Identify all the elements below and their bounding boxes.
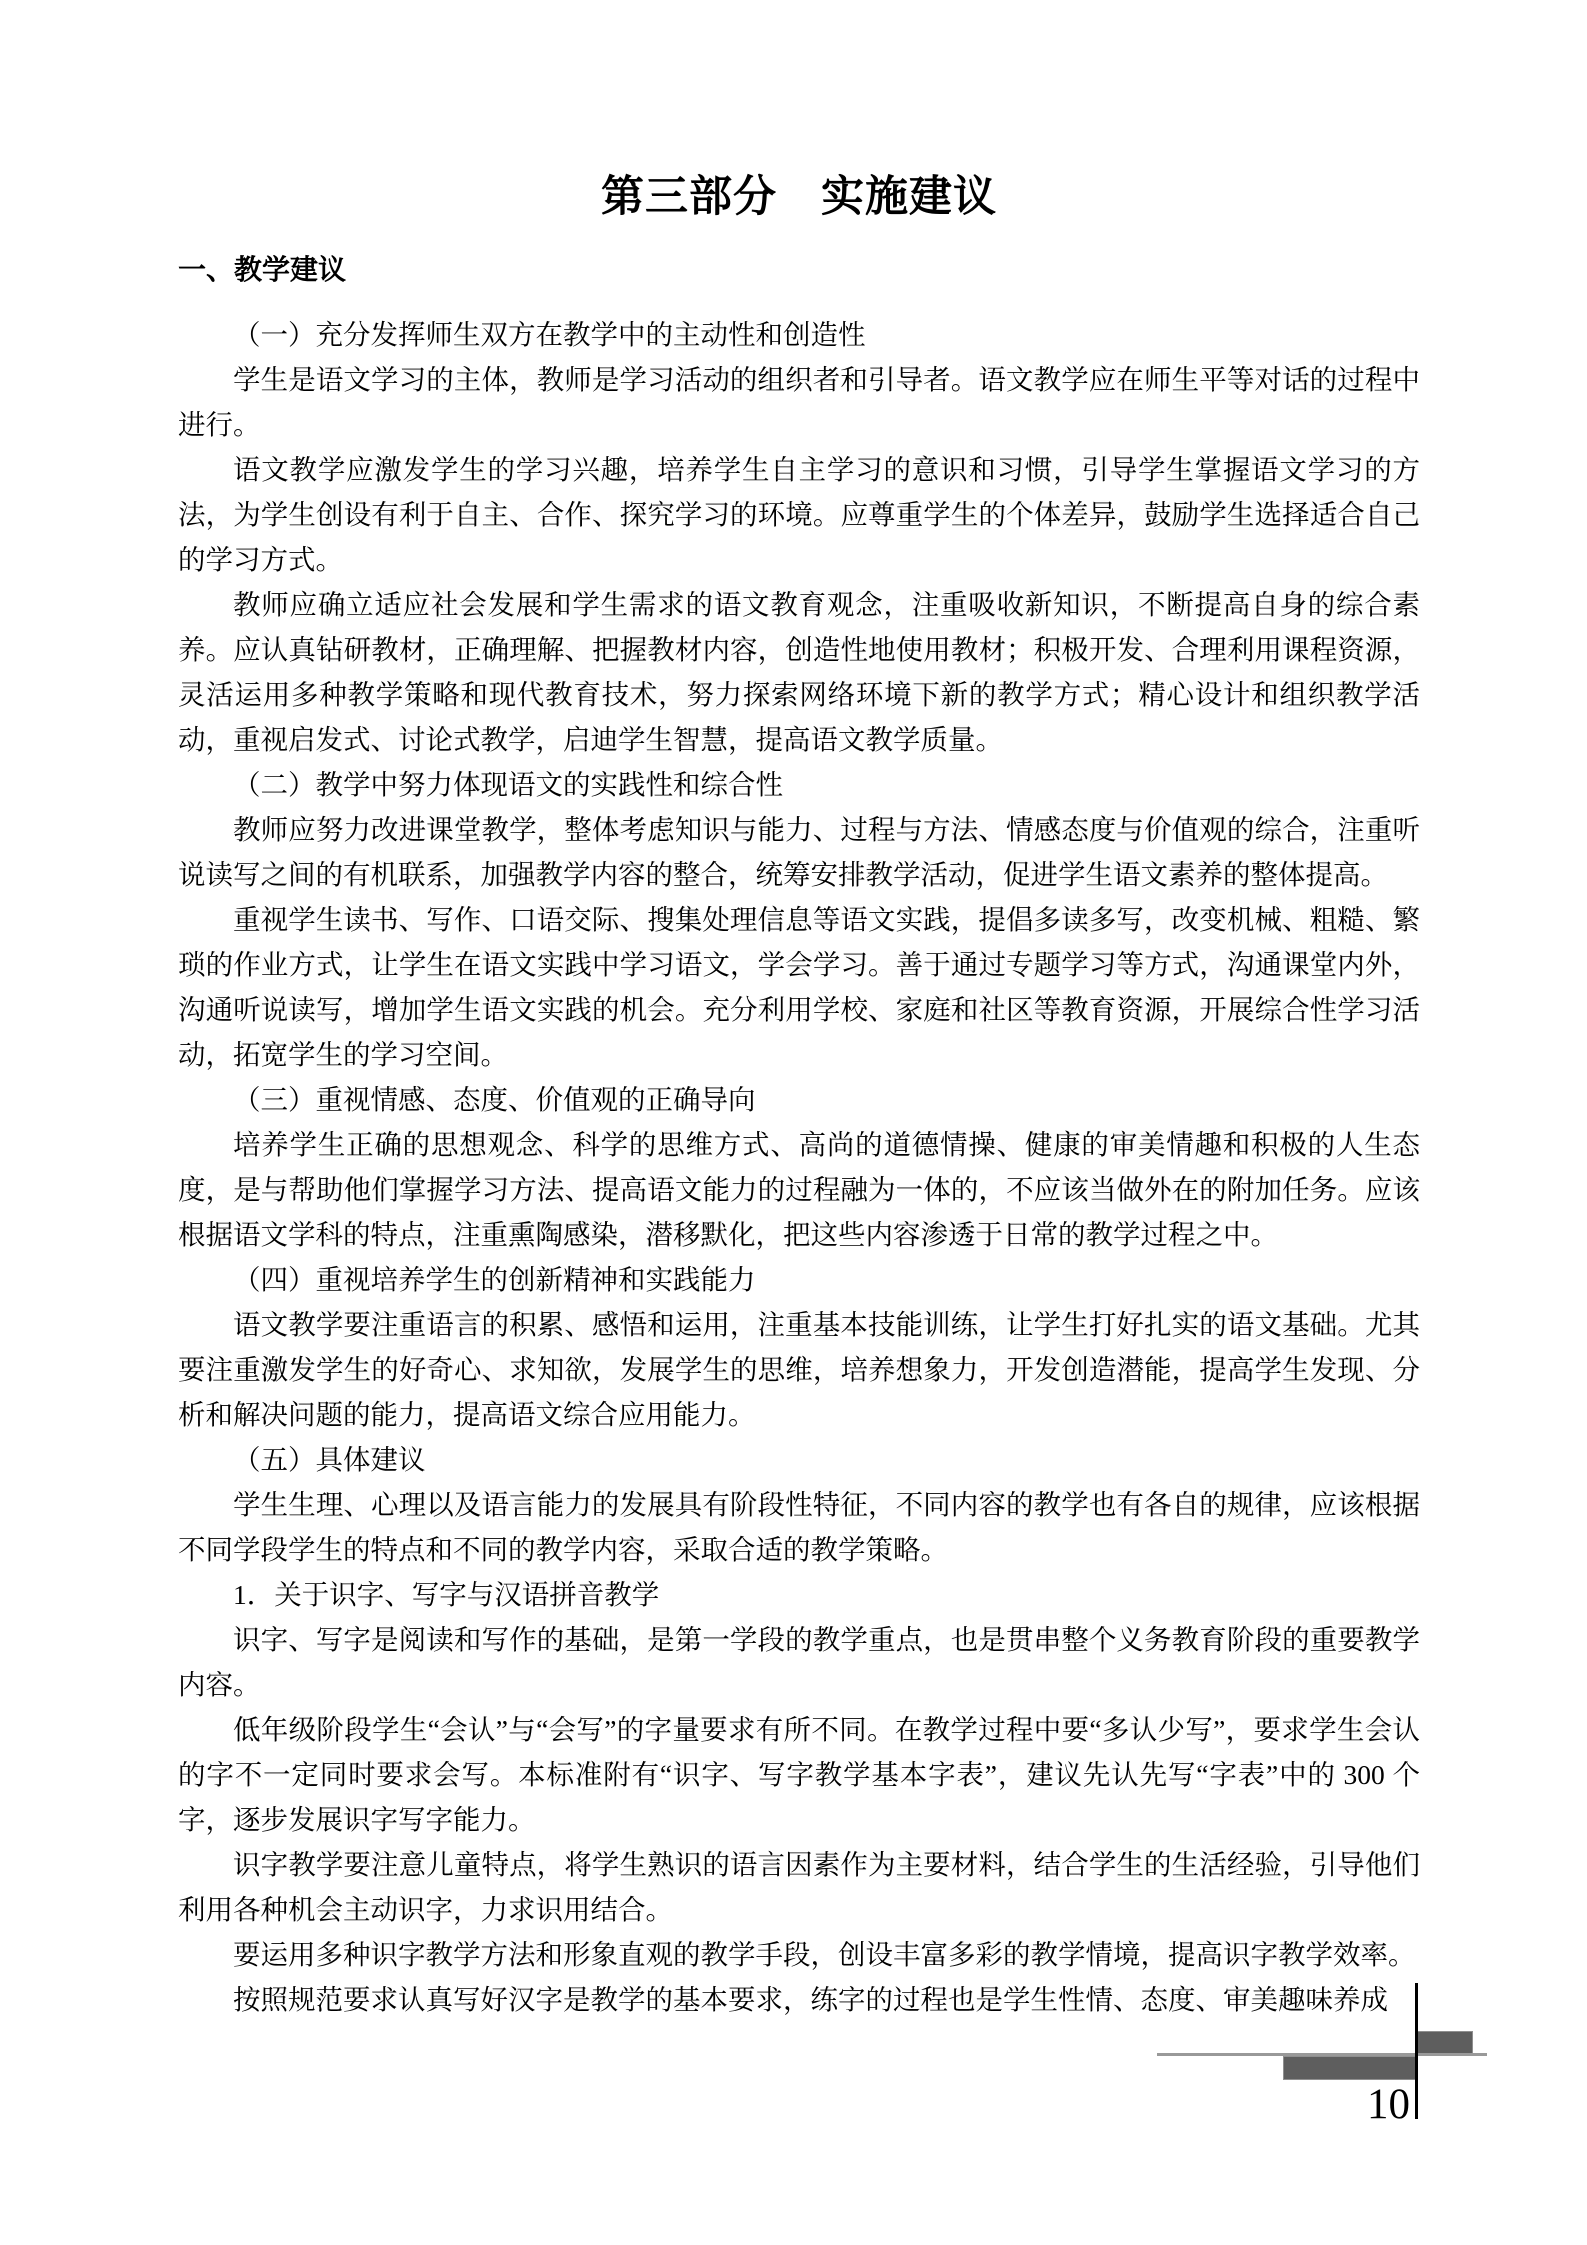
paragraph: 低年级阶段学生“会认”与“会写”的字量要求有所不同。在教学过程中要“多认少写”，…	[178, 1707, 1420, 1842]
paragraph: 学生是语文学习的主体，教师是学习活动的组织者和引导者。语文教学应在师生平等对话的…	[178, 357, 1420, 447]
subsection-heading: （二）教学中努力体现语文的实践性和综合性	[178, 762, 1420, 807]
document-page: 第三部分 实施建议 一、教学建议 （一）充分发挥师生双方在教学中的主动性和创造性…	[0, 0, 1587, 2245]
paragraph: 按照规范要求认真写好汉字是教学的基本要求，练字的过程也是学生性情、态度、审美趣味…	[178, 1977, 1420, 2022]
subsection-heading: （五）具体建议	[178, 1437, 1420, 1482]
paragraph: 教师应确立适应社会发展和学生需求的语文教育观念，注重吸收新知识，不断提高自身的综…	[178, 582, 1420, 762]
numbered-item-heading: 1．关于识字、写字与汉语拼音教学	[178, 1572, 1420, 1617]
paragraph: 学生生理、心理以及语言能力的发展具有阶段性特征，不同内容的教学也有各自的规律，应…	[178, 1482, 1420, 1572]
artifact-gray-box-right	[1417, 2031, 1473, 2054]
subsection-heading: （一）充分发挥师生双方在教学中的主动性和创造性	[178, 312, 1420, 357]
page-number: 10	[1330, 2083, 1410, 2126]
text-block: 第三部分 实施建议 一、教学建议 （一）充分发挥师生双方在教学中的主动性和创造性…	[178, 0, 1420, 2022]
paragraph: 重视学生读书、写作、口语交际、搜集处理信息等语文实践，提倡多读多写，改变机械、粗…	[178, 897, 1420, 1077]
body-text: （一）充分发挥师生双方在教学中的主动性和创造性 学生是语文学习的主体，教师是学习…	[178, 312, 1420, 2022]
paragraph: 培养学生正确的思想观念、科学的思维方式、高尚的道德情操、健康的审美情趣和积极的人…	[178, 1122, 1420, 1257]
page-title: 第三部分 实施建议	[178, 176, 1420, 220]
artifact-gray-box-left	[1283, 2056, 1416, 2080]
artifact-vertical-rule	[1415, 1983, 1418, 2119]
paragraph: 语文教学要注重语言的积累、感悟和运用，注重基本技能训练，让学生打好扎实的语文基础…	[178, 1302, 1420, 1437]
paragraph: 识字、写字是阅读和写作的基础，是第一学段的教学重点，也是贯串整个义务教育阶段的重…	[178, 1617, 1420, 1707]
artifact-horizontal-rule	[1157, 2053, 1487, 2056]
paragraph: 语文教学应激发学生的学习兴趣，培养学生自主学习的意识和习惯，引导学生掌握语文学习…	[178, 447, 1420, 582]
paragraph: 教师应努力改进课堂教学，整体考虑知识与能力、过程与方法、情感态度与价值观的综合，…	[178, 807, 1420, 897]
section-heading: 一、教学建议	[178, 255, 1420, 284]
paragraph: 识字教学要注意儿童特点，将学生熟识的语言因素作为主要材料，结合学生的生活经验，引…	[178, 1842, 1420, 1932]
subsection-heading: （三）重视情感、态度、价值观的正确导向	[178, 1077, 1420, 1122]
paragraph: 要运用多种识字教学方法和形象直观的教学手段，创设丰富多彩的教学情境，提高识字教学…	[178, 1932, 1420, 1977]
subsection-heading: （四）重视培养学生的创新精神和实践能力	[178, 1257, 1420, 1302]
